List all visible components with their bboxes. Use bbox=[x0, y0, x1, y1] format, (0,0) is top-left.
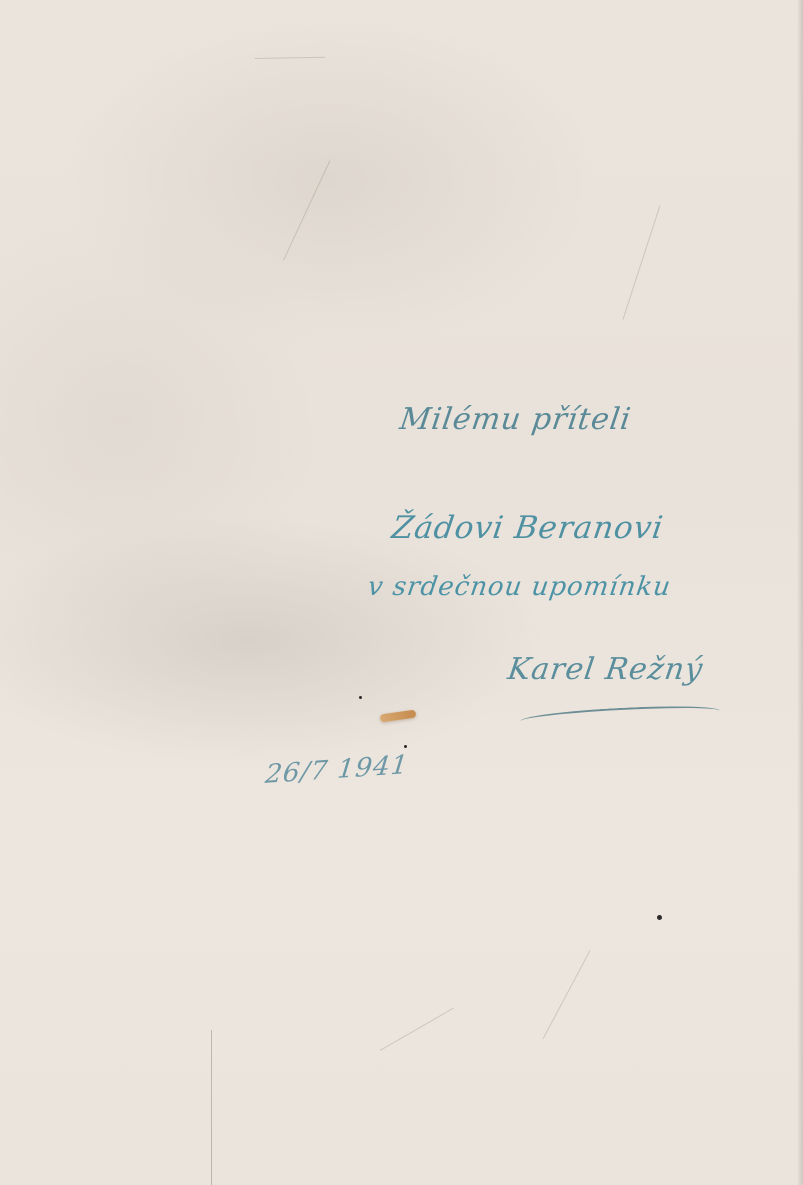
paper-scratch bbox=[380, 1008, 454, 1051]
dedication-line-3: v srdečnou upomínku bbox=[366, 572, 673, 602]
paper-fiber-stain bbox=[380, 710, 417, 723]
paper-scratch bbox=[543, 950, 591, 1039]
ink-speck bbox=[359, 696, 362, 699]
ink-speck bbox=[657, 915, 662, 920]
page-edge-shadow bbox=[797, 0, 803, 1185]
signature-flourish bbox=[520, 703, 721, 729]
paper-scratch bbox=[283, 160, 330, 260]
dedication-line-1: Milému příteli bbox=[398, 402, 634, 437]
dedication-line-2: Žádovi Beranovi bbox=[389, 510, 665, 546]
paper-page: Milému příteli Žádovi Beranovi v srdečno… bbox=[0, 0, 803, 1185]
dedication-date: 26/7 1941 bbox=[264, 750, 410, 790]
paper-scratch bbox=[622, 205, 660, 319]
paper-scratch bbox=[255, 57, 325, 59]
ink-speck bbox=[404, 745, 407, 748]
paper-crease bbox=[211, 1030, 212, 1185]
signature: Karel Režný bbox=[506, 652, 706, 687]
